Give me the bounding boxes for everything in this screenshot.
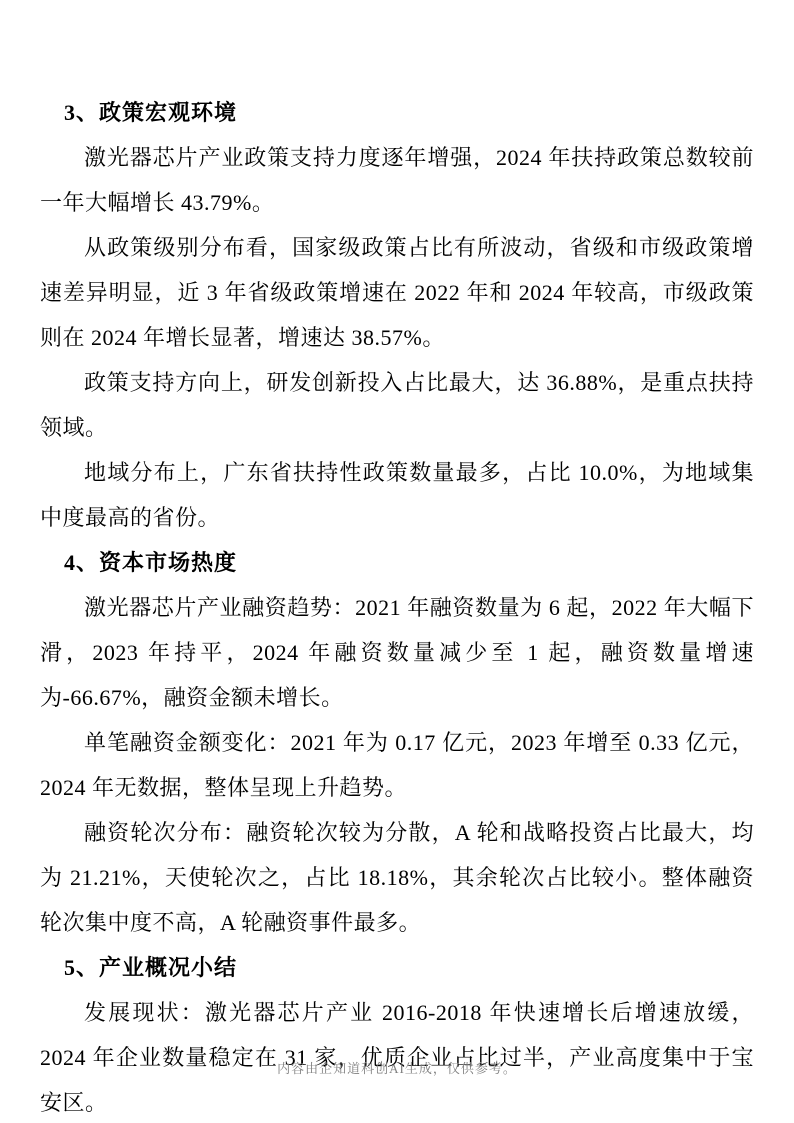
section-heading: 3、政策宏观环境 — [40, 90, 754, 135]
page-footer: 内容由企知道科创AI生成，仅供参考。 — [0, 1058, 794, 1077]
paragraph: 激光器芯片产业政策支持力度逐年增强，2024 年扶持政策总数较前一年大幅增长 4… — [40, 135, 754, 225]
paragraph: 从政策级别分布看，国家级政策占比有所波动，省级和市级政策增速差异明显，近 3 年… — [40, 225, 754, 360]
document-page: 3、政策宏观环境 激光器芯片产业政策支持力度逐年增强，2024 年扶持政策总数较… — [0, 0, 794, 1123]
section-capital-market: 4、资本市场热度 激光器芯片产业融资趋势：2021 年融资数量为 6 起，202… — [40, 540, 754, 945]
paragraph: 政策支持方向上，研发创新投入占比最大，达 36.88%，是重点扶持领域。 — [40, 360, 754, 450]
section-policy-environment: 3、政策宏观环境 激光器芯片产业政策支持力度逐年增强，2024 年扶持政策总数较… — [40, 90, 754, 540]
section-heading: 5、产业概况小结 — [40, 945, 754, 990]
paragraph: 地域分布上，广东省扶持性政策数量最多，占比 10.0%，为地域集中度最高的省份。 — [40, 450, 754, 540]
paragraph: 融资轮次分布：融资轮次较为分散，A 轮和战略投资占比最大，均为 21.21%，天… — [40, 810, 754, 945]
section-heading: 4、资本市场热度 — [40, 540, 754, 585]
footer-disclaimer: 内容由企知道科创AI生成，仅供参考。 — [0, 1058, 794, 1077]
paragraph: 激光器芯片产业融资趋势：2021 年融资数量为 6 起，2022 年大幅下滑，2… — [40, 585, 754, 720]
paragraph: 发展现状：激光器芯片产业 2016-2018 年快速增长后增速放缓，2024 年… — [40, 990, 754, 1123]
section-industry-summary: 5、产业概况小结 发展现状：激光器芯片产业 2016-2018 年快速增长后增速… — [40, 945, 754, 1123]
paragraph: 单笔融资金额变化：2021 年为 0.17 亿元，2023 年增至 0.33 亿… — [40, 720, 754, 810]
